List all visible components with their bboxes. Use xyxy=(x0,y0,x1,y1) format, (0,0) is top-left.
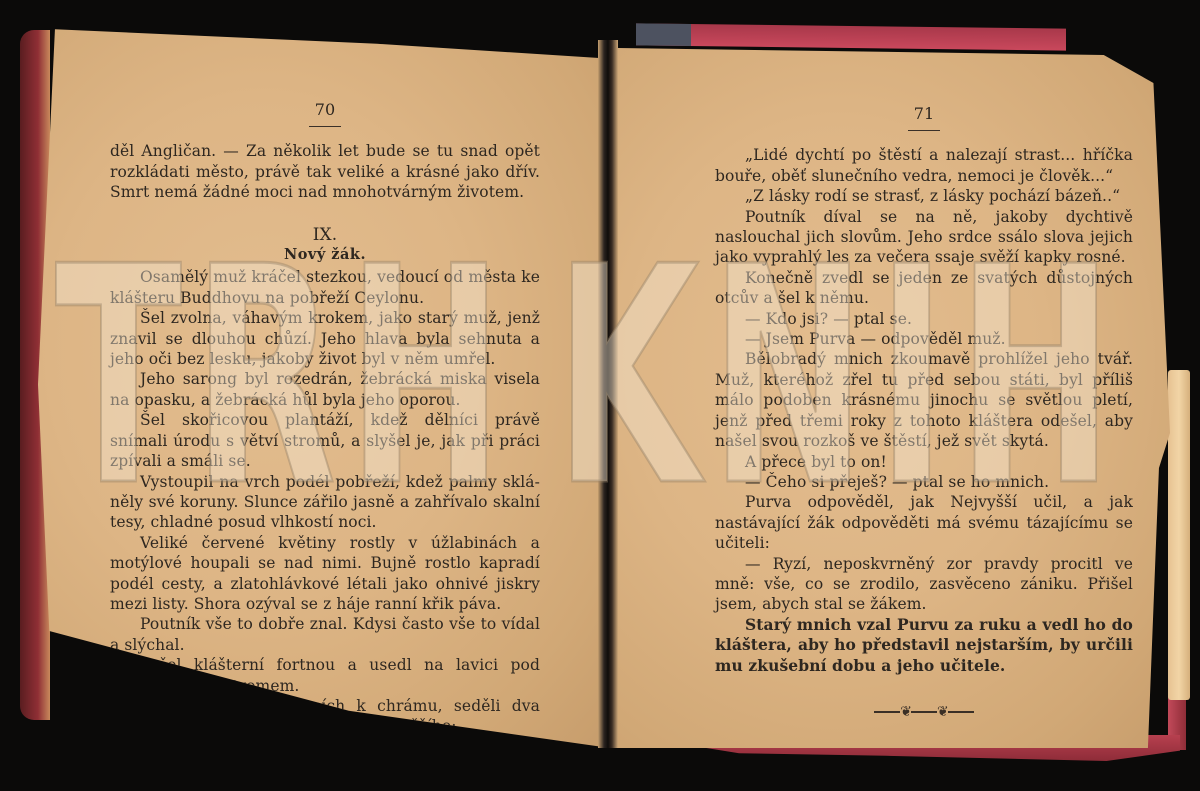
paragraph: Konečně zvedl se jeden ze svatých důstoj… xyxy=(715,268,1133,309)
chapter-title: Nový žák. xyxy=(110,245,540,265)
left-page-text: 70 děl Angličan. — Za několik let bude s… xyxy=(110,100,540,737)
paragraph: Vešel klášterní fortnou a usedl na lavic… xyxy=(110,655,540,696)
chapter-number: IX. xyxy=(110,225,540,245)
paragraph: „Z lásky rodí se strasť, z lásky pochází… xyxy=(715,186,1133,206)
paragraph: Jeho sarong byl rozedrán, žebrácká miska… xyxy=(110,369,540,410)
paragraph: Na schodech, vedoucích k chrámu, seděli … xyxy=(110,696,540,737)
left-page: 70 děl Angličan. — Za několik let bude s… xyxy=(38,22,603,747)
paragraph: děl Angličan. — Za několik let bude se t… xyxy=(110,141,540,202)
book-cover-top-edge xyxy=(636,23,1066,50)
paragraph: Veliké červené květiny rostly v úžlabiná… xyxy=(110,533,540,615)
paragraph: — Čeho si přeješ? — ptal se ho mnich. xyxy=(715,472,1133,492)
paragraph: Šel skořicovou plantáží, kdež dělníci pr… xyxy=(110,410,540,471)
ornament-flourish-icon: ❦ xyxy=(900,704,911,720)
page-number-left: 70 xyxy=(110,100,540,127)
right-page-text: 71 „Lidé dychtí po štěstí a nalezají str… xyxy=(715,104,1133,722)
end-ornament: ❦❦ xyxy=(715,702,1133,722)
right-page: 71 „Lidé dychtí po štěstí a nalezají str… xyxy=(618,48,1170,748)
ornament-line xyxy=(911,711,937,713)
paragraph: Purva odpověděl, jak Nejvyšší učil, a ja… xyxy=(715,492,1133,553)
paragraph: Bělobradý mnich zkoumavě prohlížel jeho … xyxy=(715,349,1133,451)
ornament-flourish-icon: ❦ xyxy=(937,704,948,720)
protruding-page-edge xyxy=(1168,370,1190,700)
cover-worn-patch xyxy=(636,23,691,46)
paragraph: Vystoupil na vrch podél pobřeží, kdež pa… xyxy=(110,472,540,533)
ornament-line xyxy=(948,711,974,713)
paragraph: — Kdo jsi? — ptal se. xyxy=(715,309,1133,329)
paragraph: Osamělý muž kráčel stezkou, vedoucí od m… xyxy=(110,267,540,308)
paragraph: Šel zvolna, váhavým krokem, jako starý m… xyxy=(110,308,540,369)
paragraph: Poutník díval se na ně, jakoby dychtivě … xyxy=(715,207,1133,268)
paragraph: A přece byl to on! xyxy=(715,452,1133,472)
paragraph: Starý mnich vzal Purvu za ruku a vedl ho… xyxy=(715,615,1133,676)
paragraph: — Ryzí, neposkvrněný zor pravdy procitl … xyxy=(715,554,1133,615)
ornament-line xyxy=(874,711,900,713)
book-spine-gutter xyxy=(598,40,618,748)
page-number-right: 71 xyxy=(715,104,1133,131)
paragraph: — Jsem Purva — odpověděl muž. xyxy=(715,329,1133,349)
paragraph: „Lidé dychtí po štěstí a nalezají strast… xyxy=(715,145,1133,186)
paragraph: Poutník vše to dobře znal. Kdysi často v… xyxy=(110,614,540,655)
